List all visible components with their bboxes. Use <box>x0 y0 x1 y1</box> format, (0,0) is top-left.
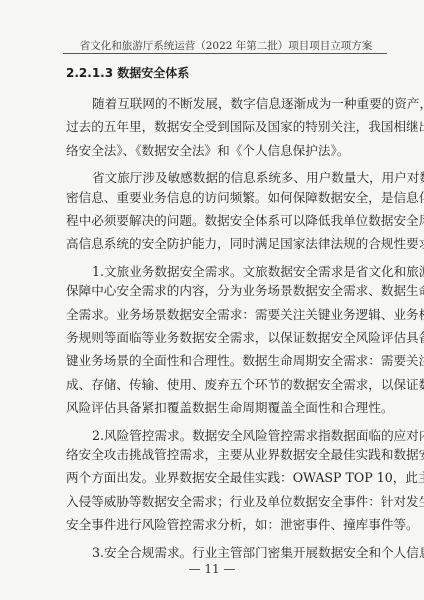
body-line: 络安全攻击挑战管控需求，主要从业界数据安全最佳实践和数据安全事件 <box>66 447 386 463</box>
section-heading: 2.2.1.3 数据安全体系 <box>66 64 189 81</box>
body-line: 保障中心安全需求的内容，分为业务场景数据安全需求、数据生命周期安 <box>66 283 386 299</box>
header-rule <box>63 53 387 54</box>
body-line: 过去的五年里，数据安全受到国际及国家的特别关注，我国相继出台《网 <box>66 119 386 135</box>
body-line: 风险评估具备紧扣覆盖数据生命周期覆盖全面性和合理性。 <box>66 400 386 416</box>
body-line: 1.文旅业务数据安全需求。文旅数据安全需求是省文化和旅游发展与 <box>92 264 386 280</box>
body-line: 全需求。业务场景数据安全需求：需要关注关键业务逻辑、业务权限、业 <box>66 307 386 323</box>
body-line: 2.风险管控需求。数据安全风险管控需求指数据面临的应对内外部网 <box>92 428 386 444</box>
body-line: 程中必须要解决的问题。数据安全体系可以降低我单位数据安全风险，提 <box>66 213 386 229</box>
body-line: 成、存储、传输、使用、废弃五个环节的数据安全需求，以保证数据安全 <box>66 377 386 393</box>
body-line: 省文旅厅涉及敏感数据的信息系统多、用户数量大，用户对数据库涉 <box>92 170 386 186</box>
body-line: 安全事件进行风险管控需求分析，如：泄密事件、撞库事件等。 <box>66 517 386 533</box>
body-line: 键业务场景的全面性和合理性。数据生命周期安全需求：需要关注数据生 <box>66 353 386 369</box>
body-line: 两个方面出发。业界数据安全最佳实践：OWASP TOP 10，此主要应对黑客 <box>66 470 386 486</box>
body-line: 3.安全合规需求。行业主管部门密集开展数据安全和个人信息保护专 <box>92 545 386 561</box>
body-line: 务规则等面临等业务数据安全需求，以保证数据安全风险评估具备紧扣关 <box>66 330 386 346</box>
body-line: 随着互联网的不断发展，数字信息逐渐成为一种重要的资产，尤其在 <box>92 96 386 112</box>
body-line: 密信息、重要业务信息的访问频繁。如何保障数据安全，是信息化发展过 <box>66 190 386 206</box>
body-line: 高信息系统的安全防护能力，同时满足国家法律法规的合规性要求。 <box>66 236 386 252</box>
body-line: 入侵等威胁等数据安全需求；行业及单位数据安全事件：针对发生的数据 <box>66 494 386 510</box>
document-page: 省文化和旅游厅系统运营（2022 年第二批）项目项目立项方案 2.2.1.3 数… <box>0 0 424 600</box>
running-header: 省文化和旅游厅系统运营（2022 年第二批）项目项目立项方案 <box>66 38 386 53</box>
body-line: 络安全法》、《数据安全法》和《个人信息保护法》。 <box>66 143 386 159</box>
page-number: — 11 — <box>0 562 424 576</box>
